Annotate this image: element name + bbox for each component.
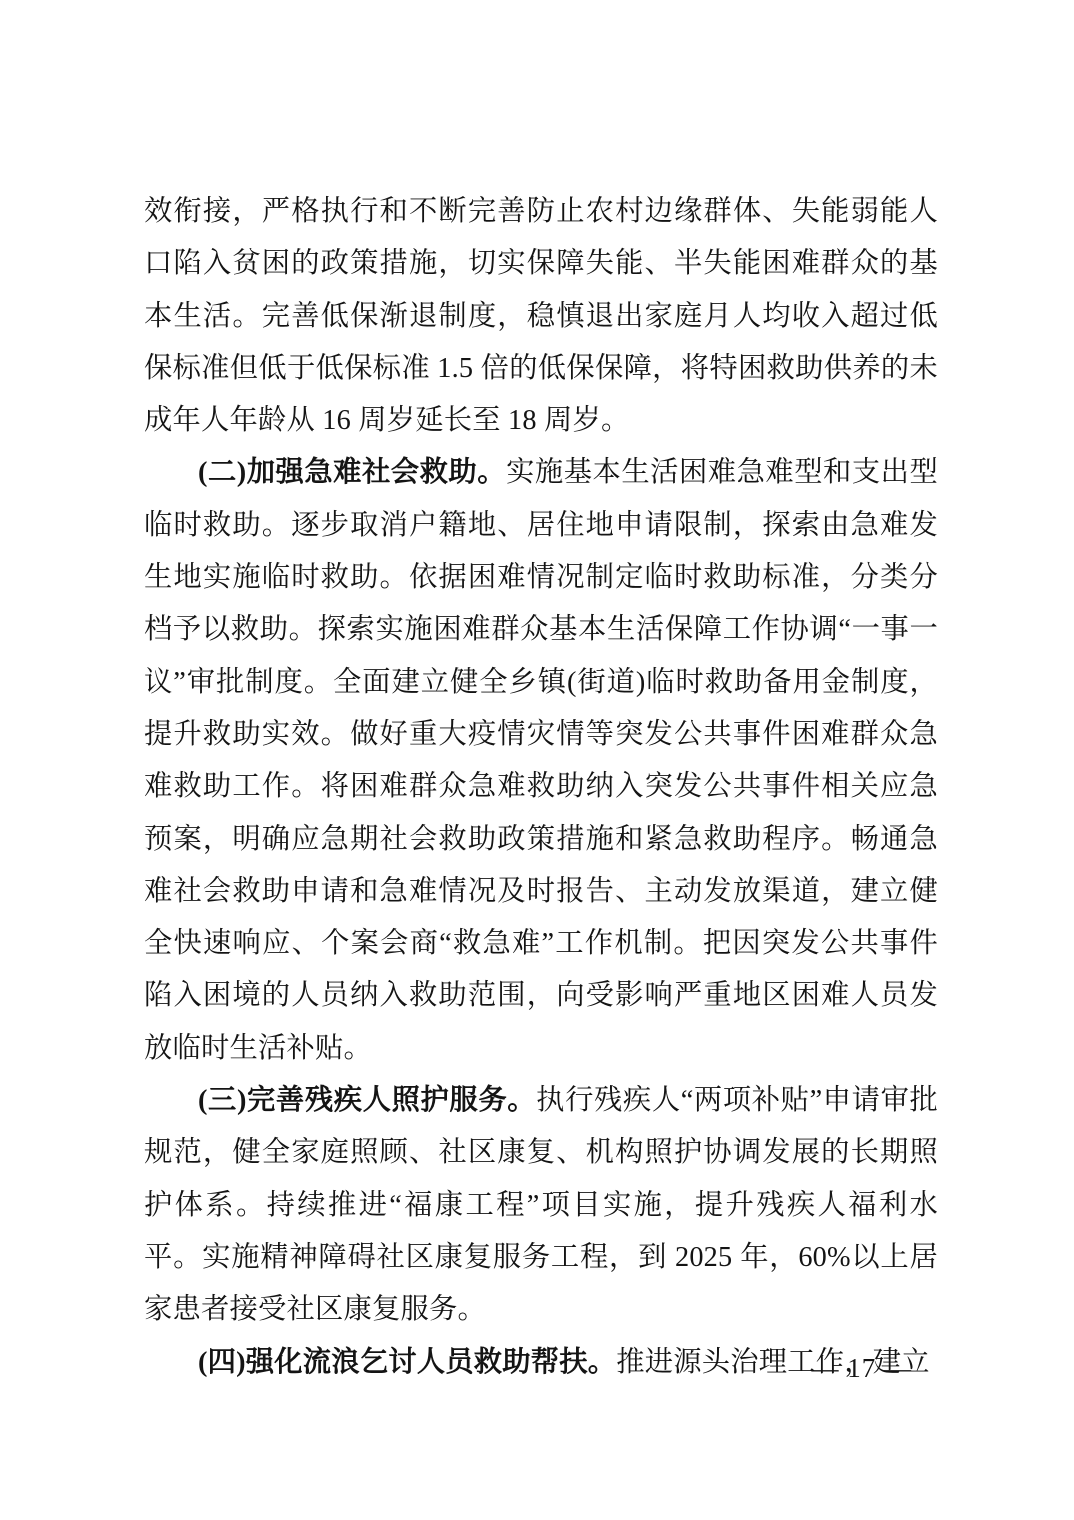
paragraph-text: 效衔接，严格执行和不断完善防止农村边缘群体、失能弱能人口陷入贫困的政策措施，切实… bbox=[144, 196, 938, 436]
paragraph: (三)完善残疾人照护服务。执行残疾人“两项补贴”申请审批规范，健全家庭照顾、社区… bbox=[144, 1075, 938, 1336]
paragraph: 效衔接，严格执行和不断完善防止农村边缘群体、失能弱能人口陷入贫困的政策措施，切实… bbox=[144, 186, 938, 447]
document-body: 效衔接，严格执行和不断完善防止农村边缘群体、失能弱能人口陷入贫困的政策措施，切实… bbox=[144, 186, 938, 1389]
paragraph-lead: (三)完善残疾人照护服务。 bbox=[198, 1085, 536, 1116]
page-number: — 17 — bbox=[812, 1352, 913, 1384]
document-page: 效衔接，严格执行和不断完善防止农村边缘群体、失能弱能人口陷入贫困的政策措施，切实… bbox=[0, 0, 1074, 1520]
paragraph-lead: (二)加强急难社会救助。 bbox=[198, 457, 506, 488]
paragraph-lead: (四)强化流浪乞讨人员救助帮扶。 bbox=[198, 1347, 616, 1378]
paragraph-text: 执行残疾人“两项补贴”申请审批规范，健全家庭照顾、社区康复、机构照护协调发展的长… bbox=[144, 1085, 938, 1325]
paragraph-text: 实施基本生活困难急难型和支出型临时救助。逐步取消户籍地、居住地申请限制，探索由急… bbox=[144, 457, 938, 1063]
paragraph: (二)加强急难社会救助。实施基本生活困难急难型和支出型临时救助。逐步取消户籍地、… bbox=[144, 447, 938, 1075]
